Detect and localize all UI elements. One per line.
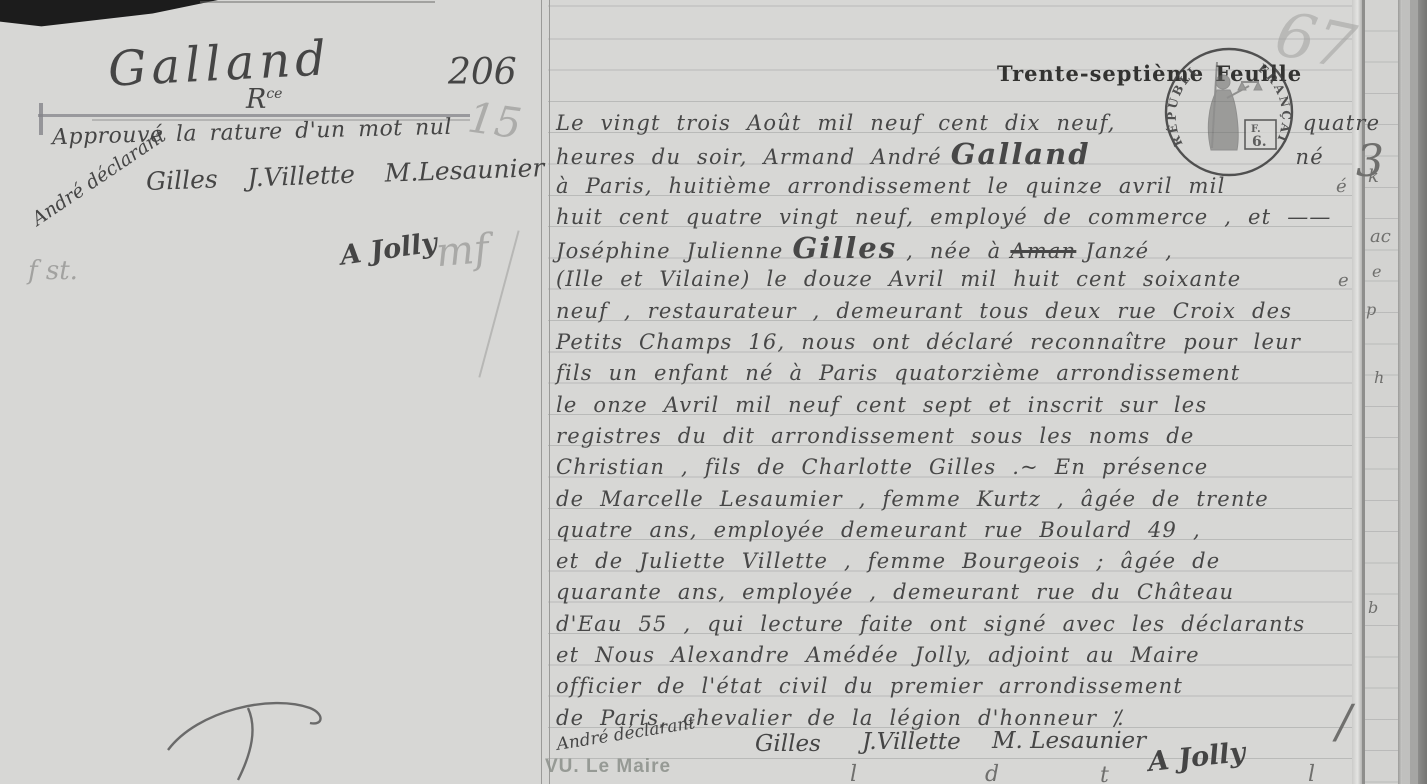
body-line-segment: et Nous Alexandre Amédée Jolly, adjoint … bbox=[556, 643, 1200, 667]
body-line-segment: quatre bbox=[1303, 111, 1381, 135]
body-line: neuf , restaurateur , demeurant tous deu… bbox=[556, 296, 1356, 327]
body-line-segment: quatre ans, employée demeurant rue Boula… bbox=[556, 518, 1201, 542]
body-line: d'Eau 55 , qui lecture faite ont signé a… bbox=[556, 609, 1356, 640]
body-line-segment: (Ille et Vilaine) le douze Avril mil hui… bbox=[556, 267, 1241, 291]
body-line: Petits Champs 16, nous ont déclaré recon… bbox=[556, 327, 1356, 358]
body-line: officier de l'état civil du premier arro… bbox=[556, 671, 1356, 702]
margin-witness-signatures: Gilles J.Villette M.Lesaunier bbox=[146, 153, 545, 196]
body-line-segment: de Marcelle Lesaumier , femme Kurtz , âg… bbox=[556, 487, 1269, 511]
body-line-segment: Janzé , bbox=[1085, 239, 1173, 263]
edge-writing-fragment: e bbox=[1372, 262, 1381, 281]
body-line: et de Juliette Villette , femme Bourgeoi… bbox=[556, 546, 1356, 577]
body-line-segment: neuf , restaurateur , demeurant tous deu… bbox=[556, 299, 1292, 323]
body-line-segment: né bbox=[1296, 145, 1324, 169]
body-line-segment: Christian , fils de Charlotte Gilles .~ … bbox=[556, 455, 1208, 479]
body-line: (Ille et Vilaine) le douze Avril mil hui… bbox=[556, 264, 1356, 295]
register-page-scan: Galland Rce 206 Approuvé la rature d'un … bbox=[0, 0, 1427, 784]
act-body-text: Le vingt trois Août mil neuf cent dix ne… bbox=[556, 108, 1356, 734]
body-line: le onze Avril mil neuf cent sept et insc… bbox=[556, 390, 1356, 421]
body-line: heures du soir, Armand AndréGallandné bbox=[556, 139, 1356, 170]
photo-dark-corner bbox=[0, 0, 218, 30]
body-line-segment: Petits Champs 16, nous ont déclaré recon… bbox=[556, 330, 1301, 354]
body-line: à Paris, huitième arrondissement le quin… bbox=[556, 171, 1356, 202]
cut-off-line-fragment: d bbox=[985, 762, 999, 784]
body-line: huit cent quatre vingt neuf, employé de … bbox=[556, 202, 1356, 233]
page-top-edge bbox=[200, 1, 435, 3]
body-line-segment: fils un enfant né à Paris quatorzième ar… bbox=[556, 361, 1240, 385]
body-line-segment: d'Eau 55 , qui lecture faite ont signé a… bbox=[556, 612, 1305, 636]
body-line: et Nous Alexandre Amédée Jolly, adjoint … bbox=[556, 640, 1356, 671]
body-line-segment: heures du soir, Armand André bbox=[556, 145, 942, 169]
body-line-segment: Gilles bbox=[792, 231, 897, 265]
edge-writing-fragment: é bbox=[1336, 176, 1347, 197]
body-line-segment: , née à bbox=[906, 239, 1001, 263]
body-line-segment: Aman bbox=[1010, 239, 1076, 263]
mayor-visa-stamp: VU. Le Maire bbox=[545, 756, 671, 778]
margin-officer-signature: A Jolly bbox=[338, 227, 439, 271]
body-line-segment: Joséphine Julienne bbox=[556, 239, 783, 263]
edge-writing-fragment: e bbox=[1338, 270, 1349, 291]
margin-pencil-number: 15 bbox=[465, 93, 525, 149]
binding-band bbox=[1402, 0, 1410, 784]
body-line: Joséphine JulienneGilles, née àAmanJanzé… bbox=[556, 233, 1356, 264]
body-line: registres du dit arrondissement sous les… bbox=[556, 421, 1356, 452]
margin-rule-tick bbox=[39, 103, 43, 135]
body-line: Christian , fils de Charlotte Gilles .~ … bbox=[556, 452, 1356, 483]
edge-writing-fragment: p bbox=[1366, 300, 1376, 319]
body-line-segment: Galland bbox=[951, 137, 1091, 171]
signature-officer-jolly: A Jolly bbox=[1147, 737, 1247, 778]
cut-off-line-fragment: l bbox=[1308, 762, 1315, 784]
act-number: 206 bbox=[448, 52, 517, 93]
body-line: Le vingt trois Août mil neuf cent dix ne… bbox=[556, 108, 1356, 139]
edge-writing-fragment: ac bbox=[1370, 226, 1391, 247]
next-entry-initial-flourish bbox=[150, 686, 450, 782]
body-line: fils un enfant né à Paris quatorzième ar… bbox=[556, 358, 1356, 389]
margin-act-type-abbrev: Rce bbox=[246, 84, 282, 115]
body-line: quatre ans, employée demeurant rue Boula… bbox=[556, 515, 1356, 546]
body-line: de Marcelle Lesaumier , femme Kurtz , âg… bbox=[556, 484, 1356, 515]
cut-off-line-fragment: l bbox=[850, 762, 857, 784]
signature-witness-lesaunier: M. Lesaunier bbox=[992, 728, 1146, 754]
margin-pencil-note: f st. bbox=[28, 256, 78, 286]
body-line-segment: huit cent quatre vingt neuf, employé de … bbox=[556, 205, 1332, 229]
signature-witness-villette: J.Villette bbox=[862, 729, 961, 755]
body-line-segment: le onze Avril mil neuf cent sept et insc… bbox=[556, 393, 1207, 417]
edge-writing-fragment: b bbox=[1368, 598, 1378, 617]
body-line-segment: quarante ans, employée , demeurant rue d… bbox=[556, 580, 1234, 604]
margin-divider-rule bbox=[541, 0, 550, 784]
body-line-segment: et de Juliette Villette , femme Bourgeoi… bbox=[556, 549, 1220, 573]
body-line-segment: registres du dit arrondissement sous les… bbox=[556, 424, 1195, 448]
binding-band bbox=[1418, 0, 1427, 784]
body-line-segment: officier de l'état civil du premier arro… bbox=[556, 674, 1183, 698]
edge-writing-fragment: k bbox=[1368, 166, 1379, 187]
edge-writing-fragment: h bbox=[1374, 368, 1384, 387]
body-line-segment: Le vingt trois Août mil neuf cent dix ne… bbox=[556, 111, 1116, 135]
signature-witness-gilles: Gilles bbox=[755, 731, 821, 757]
margin-pencil-initials: mf bbox=[434, 226, 491, 276]
edge-writing-fragment: / bbox=[1336, 694, 1352, 748]
margin-family-name: Galland bbox=[107, 30, 333, 98]
body-line: quarante ans, employée , demeurant rue d… bbox=[556, 577, 1356, 608]
cut-off-line-fragment: t bbox=[1100, 763, 1109, 784]
body-line-segment: à Paris, huitième arrondissement le quin… bbox=[556, 174, 1226, 198]
